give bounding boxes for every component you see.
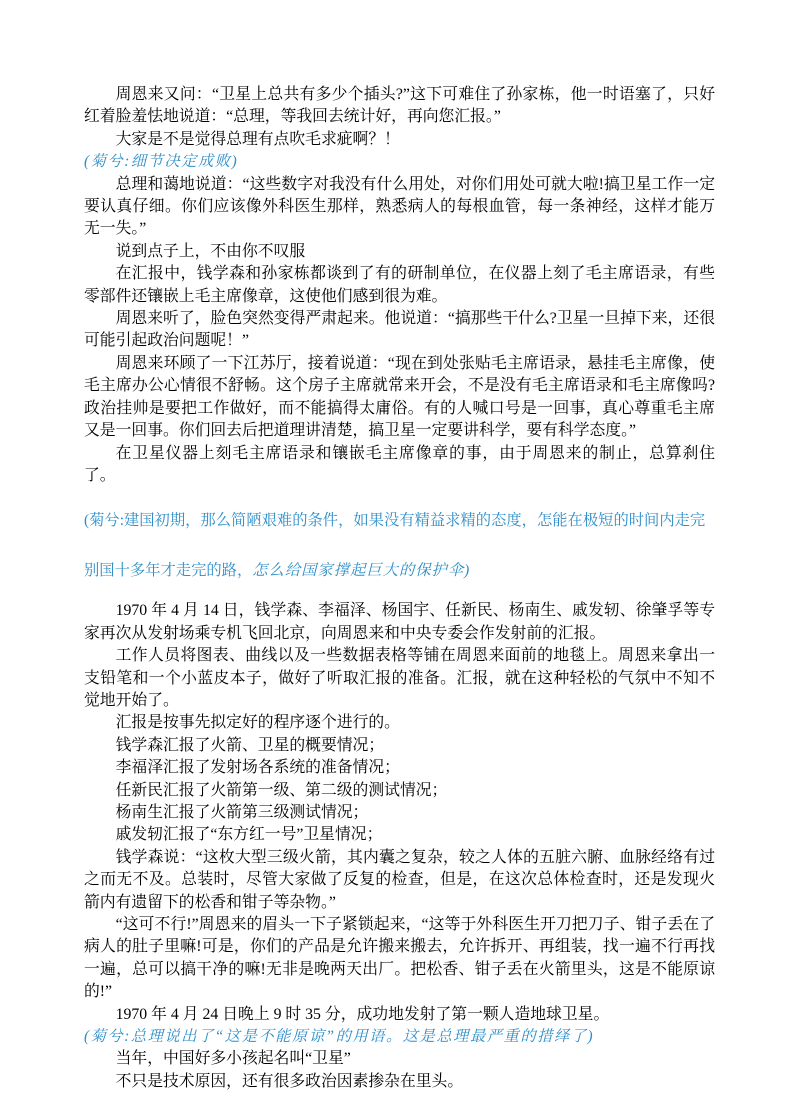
- paragraph: 在汇报中，钱学森和孙家栋都谈到了有的研制单位，在仪器上刻了毛主席语录，有些零部件…: [84, 263, 715, 308]
- report-list-item: 杨南生汇报了火箭第三级测试情况；: [84, 802, 715, 824]
- paragraph: 在卫星仪器上刻毛主席语录和镶嵌毛主席像章的事，由于周恩来的制止，总算刹住了。: [84, 443, 715, 488]
- paragraph: 钱学森说：“这枚大型三级火箭，其内囊之复杂，较之人体的五脏六腑、血脉经络有过之而…: [84, 847, 715, 914]
- paragraph: 总理和蔼地说道：“这些数字对我没有什么用处，对你们用处可就大啦!搞卫星工作一定要…: [84, 174, 715, 241]
- annotator-note: (菊兮:细节决定成败): [84, 151, 715, 173]
- report-list-item: 钱学森汇报了火箭、卫星的概要情况；: [84, 735, 715, 757]
- paragraph: 1970 年 4 月 24 日晚上 9 时 35 分，成功地发射了第一颗人造地球…: [84, 1004, 715, 1026]
- report-list-item: 任新民汇报了火箭第一级、第二级的测试情况；: [84, 780, 715, 802]
- paragraph: 工作人员将图表、曲线以及一些数据表格等铺在周恩来面前的地毯上。周恩来拿出一支铅笔…: [84, 645, 715, 712]
- paragraph: 当年，中国好多小孩起名叫“卫星”: [84, 1048, 715, 1070]
- annotator-note-wide: (菊兮:建国初期，那么简陋艰难的条件，如果没有精益求精的态度，怎能在极短的时间内…: [84, 496, 715, 596]
- paragraph: 周恩来环顾了一下江苏厅，接着说道：“现在到处张贴毛主席语录，悬挂毛主席像，使毛主…: [84, 353, 715, 443]
- annotator-note: (菊兮:总理说出了“这是不能原谅”的用语。这是总理最严重的措绎了): [84, 1026, 715, 1048]
- paragraph: 说到点子上，不由你不叹服: [84, 241, 715, 263]
- document-page: 周恩来又问：“卫星上总共有多少个插头?”这下可难住了孙家栋，他一时语塞了，只好红…: [0, 0, 800, 1100]
- paragraph: 不只是技术原因，还有很多政治因素掺杂在里头。: [84, 1071, 715, 1093]
- paragraph: 周恩来听了，脸色突然变得严肃起来。他说道：“搞那些干什么?卫星一旦掉下来，还很可…: [84, 308, 715, 353]
- paragraph: “这可不行!”周恩来的眉头一下子紧锁起来，“这等于外科医生开刀把刀子、钳子丢在了…: [84, 914, 715, 1004]
- note-script-text: 怎么给国家撑起巨大的保护伞): [252, 562, 470, 579]
- paragraph: 大家是不是觉得总理有点吹毛求疵啊？！: [84, 129, 715, 151]
- report-list-item: 戚发轫汇报了“东方红一号”卫星情况；: [84, 824, 715, 846]
- paragraph: 周恩来又问：“卫星上总共有多少个插头?”这下可难住了孙家栋，他一时语塞了，只好红…: [84, 84, 715, 129]
- paragraph: 1970 年 4 月 14 日，钱学森、李福泽、杨国宇、任新民、杨南生、戚发轫、…: [84, 600, 715, 645]
- report-list-item: 李福泽汇报了发射场各系统的准备情况；: [84, 757, 715, 779]
- paragraph: 汇报是按事先拟定好的程序逐个进行的。: [84, 712, 715, 734]
